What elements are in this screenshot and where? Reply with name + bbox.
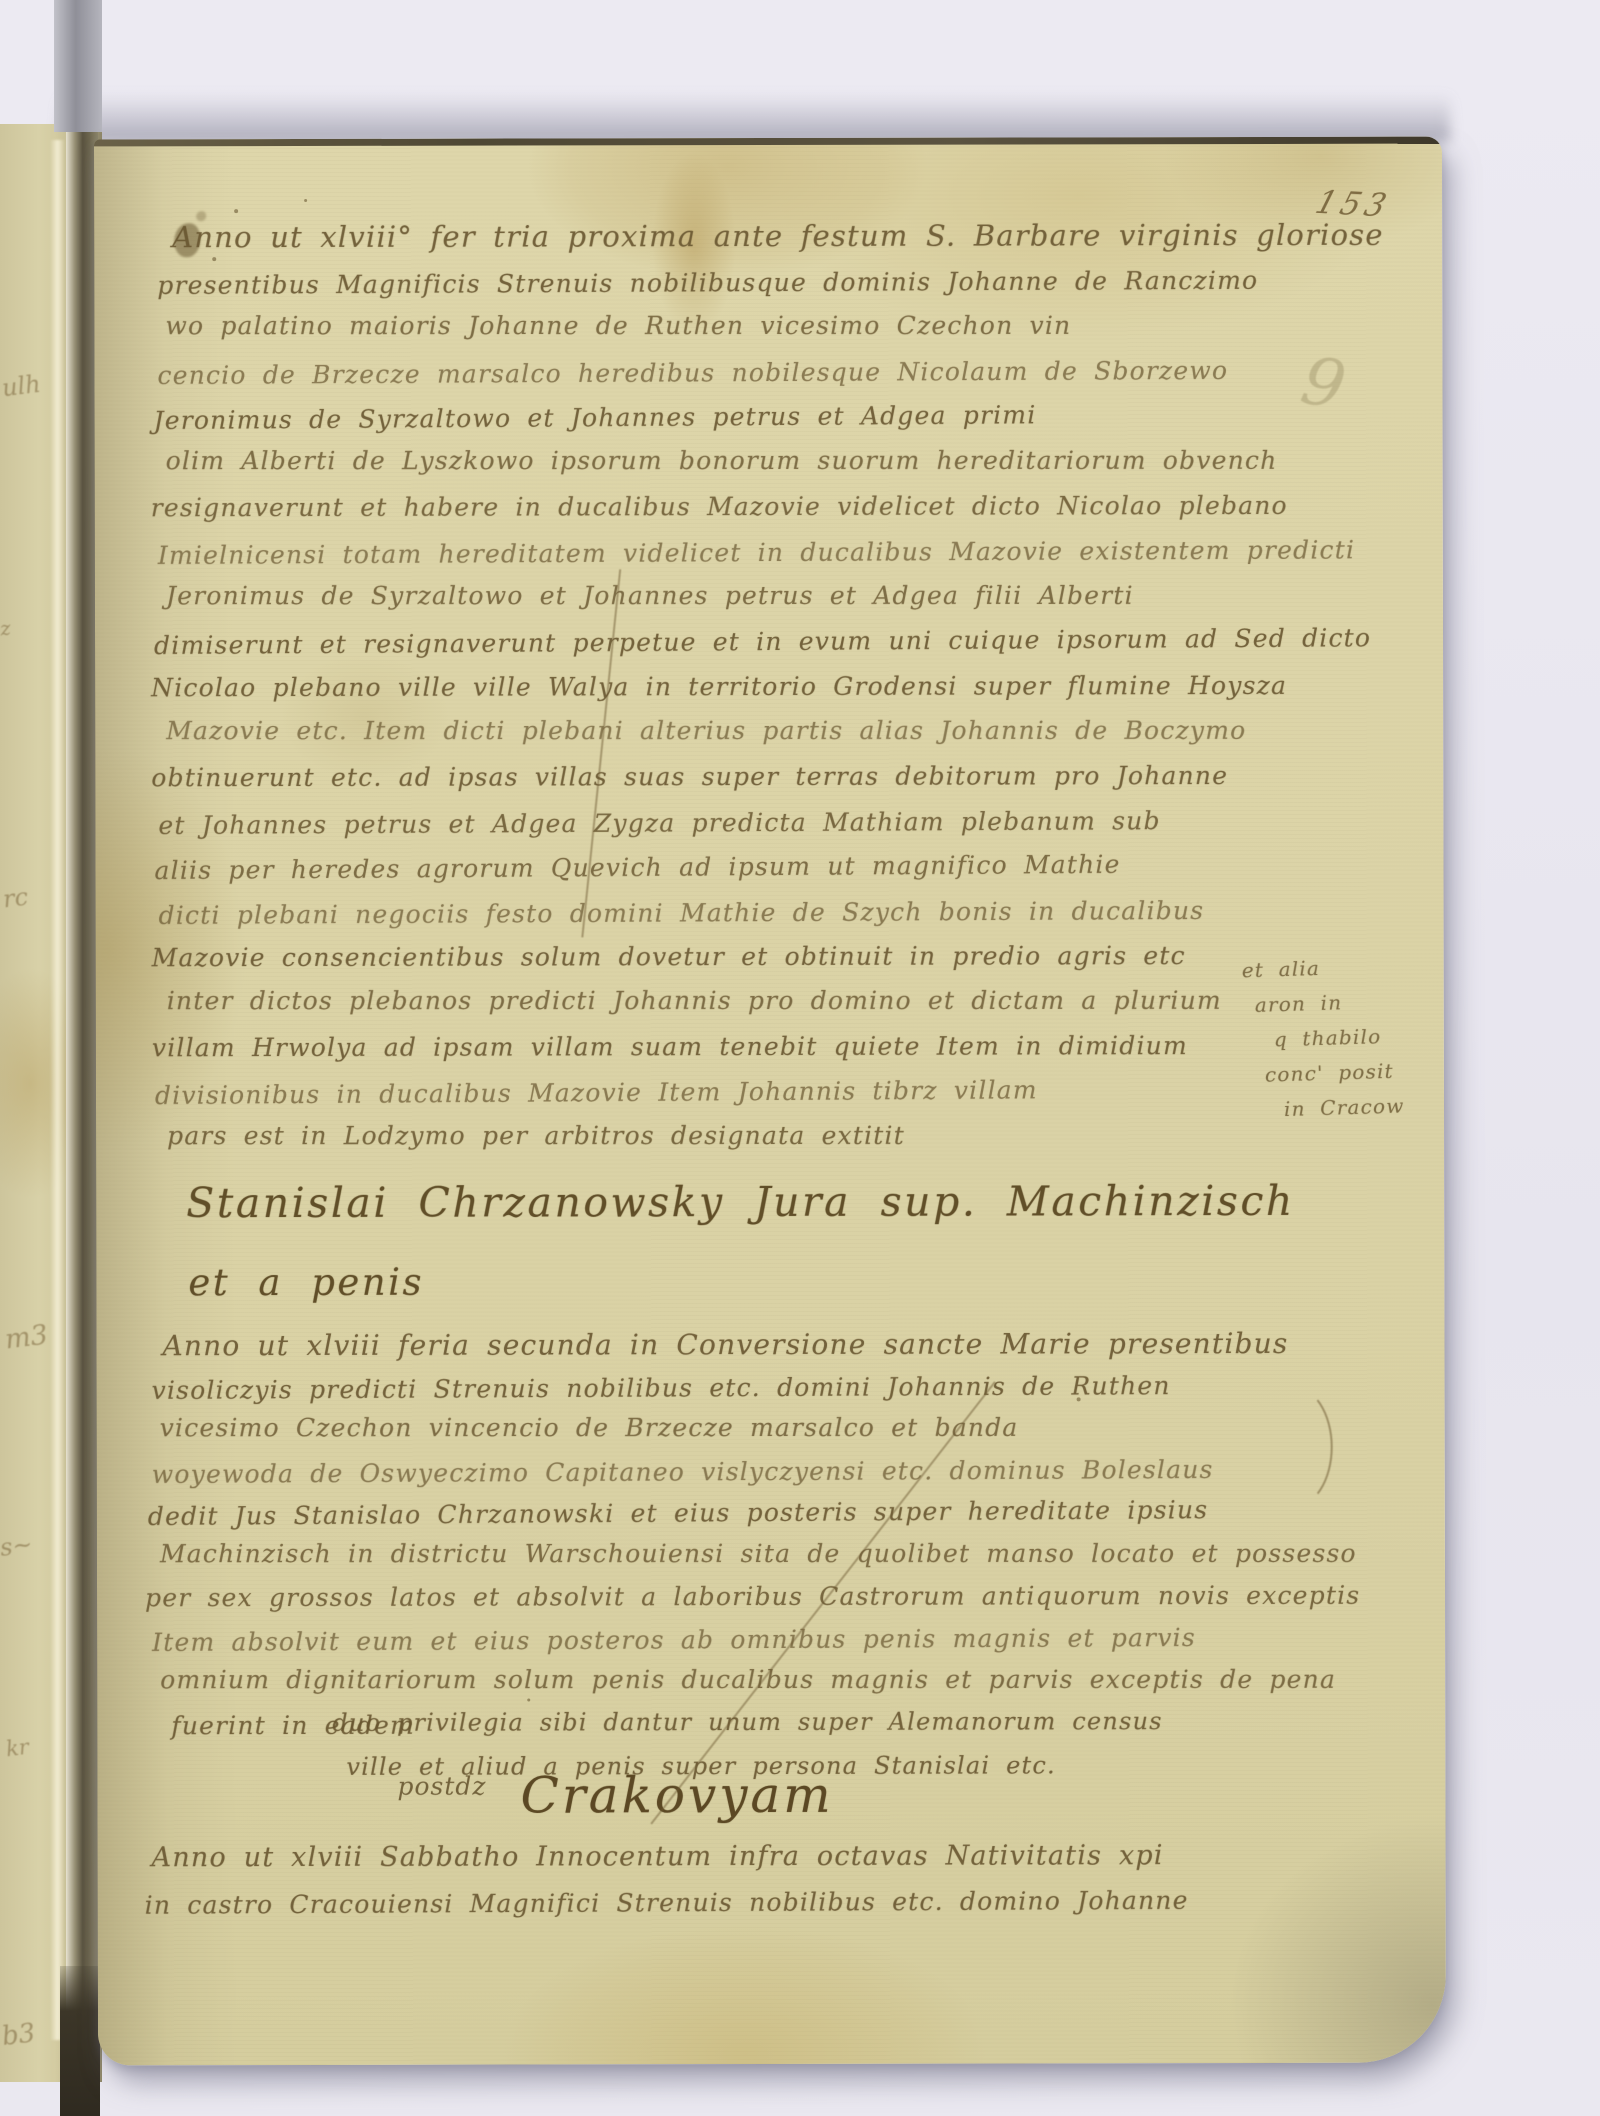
manuscript-line: visoliczyis predicti Strenuis nobilibus … (152, 1364, 1367, 1412)
gutter-ink-fragment: m3 (3, 1320, 49, 1356)
entry-1-text-block: Anno ut xlviii° fer tria proxima ante fe… (150, 213, 1385, 1161)
entry-heading-et-a-penis: et a penis (188, 1261, 424, 1304)
manuscript-line: Item absolvit eum et eius posteros ab om… (152, 1616, 1367, 1664)
manuscript-line: Jeronimus de Syrzaltowo et Johannes petr… (153, 390, 1387, 443)
margin-note-line: conc' posit (1264, 1053, 1404, 1092)
ink-speck (304, 199, 307, 202)
manuscript-line: per sex grossos latos et absolvit a labo… (145, 1575, 1360, 1620)
manuscript-line: villam Hrwolya ad ipsam villam suam tene… (152, 1023, 1386, 1071)
gutter-ink-fragment: ulh (0, 370, 42, 402)
gutter-ink-fragment: b3 (0, 2018, 37, 2052)
manuscript-line: Nicolao plebano ville ville Walya in ter… (151, 663, 1385, 711)
margin-note-line: et alia (1241, 949, 1401, 989)
backing-sheet-shadow (60, 94, 1450, 142)
privilege-note-line: duo privilegia sibi dantur unum super Al… (332, 1699, 1162, 1745)
gutter-ink-fragment: s~ (0, 1530, 34, 1562)
manuscript-line: olim Alberti de Lyszkowo ipsorum bonorum… (166, 438, 1400, 483)
book-strap (66, 0, 98, 2116)
manuscript-line: divisionibus in ducalibus Mazovie Item J… (155, 1065, 1389, 1118)
manuscript-line: resignaverunt et habere in ducalibus Maz… (151, 483, 1385, 531)
manuscript-line: dedit Jus Stanislao Chrzanowski et eius … (148, 1488, 1364, 1538)
manuscript-line: Machinzisch in districtu Warschouiensi s… (160, 1533, 1375, 1575)
manuscript-line: Mazovie consencientibus solum dovetur et… (152, 933, 1386, 981)
manuscript-line: Anno ut xlviii° fer tria proxima ante fe… (172, 213, 1384, 261)
entry-heading-stanislai: Stanislai Chrzanowsky Jura sup. Machinzi… (186, 1177, 1295, 1227)
crakovyam-heading-prefix: postdz (397, 1772, 486, 1801)
manuscript-line: obtinuerunt etc. ad ipsas villas suas su… (151, 753, 1385, 801)
manuscript-line: in castro Cracouiensi Magnifici Strenuis… (145, 1878, 1189, 1928)
right-margin-notes: et aliaaron inq thabiloconc' positin Cra… (1241, 949, 1405, 1129)
manuscript-line: Anno ut xlviii feria secunda in Conversi… (162, 1323, 1359, 1368)
manuscript-page: 153 9 Anno ut xlviii° fer tria proxima a… (94, 137, 1446, 2066)
manuscript-line: Imielnicensi totam hereditatem videlicet… (158, 527, 1392, 578)
margin-note-line: q thabilo (1273, 1018, 1403, 1057)
manuscript-line: Anno ut xlviii Sabbatho Innocentum infra… (152, 1833, 1182, 1880)
margin-note-line: aron in (1254, 983, 1402, 1022)
manuscript-line: dimiserunt et resignaverunt perpetue et … (154, 615, 1388, 668)
margin-note-line: in Cracow (1283, 1088, 1405, 1127)
manuscript-line: omnium dignitariorum solum penis ducalib… (160, 1659, 1375, 1701)
manuscript-line: aliis per heredes agrorum Quevich ad ips… (154, 840, 1388, 893)
gutter-highlight (50, 140, 65, 2040)
gutter-ink-fragment: rc (1, 883, 29, 914)
manuscript-photo: ulh z rc m3 s~ kr b3 153 9 Anno ut xlvii… (0, 0, 1600, 2116)
manuscript-line: dicti plebani negociis festo domini Math… (159, 887, 1393, 938)
entry-3-text-block: Anno ut xlviii Sabbatho Innocentum infra… (138, 1833, 1182, 1925)
manuscript-line: vicesimo Czechon vincencio de Brzecze ma… (160, 1407, 1375, 1449)
gutter-ink-fragment: kr (5, 1735, 31, 1762)
crakovyam-heading-row: postdzCrakovyam (397, 1766, 833, 1825)
manuscript-line: Mazovie etc. Item dicti plebani alterius… (166, 708, 1400, 753)
manuscript-line: presentibus Magnificis Strenuis nobilibu… (157, 257, 1391, 308)
entry-2-text-block: Anno ut xlviii feria secunda in Conversi… (144, 1323, 1360, 1704)
manuscript-line: inter dictos plebanos predicti Johannis … (167, 978, 1401, 1023)
manuscript-line: Jeronimus de Syrzaltowo et Johannes petr… (166, 573, 1400, 618)
manuscript-line: wo palatino maioris Johanne de Ruthen vi… (165, 303, 1399, 348)
gutter-ink-fragment: z (0, 615, 12, 640)
manuscript-line: pars est in Lodzymo per arbitros designa… (167, 1113, 1401, 1158)
ink-speck (234, 209, 238, 213)
crakovyam-heading-title: Crakovyam (521, 1766, 834, 1825)
